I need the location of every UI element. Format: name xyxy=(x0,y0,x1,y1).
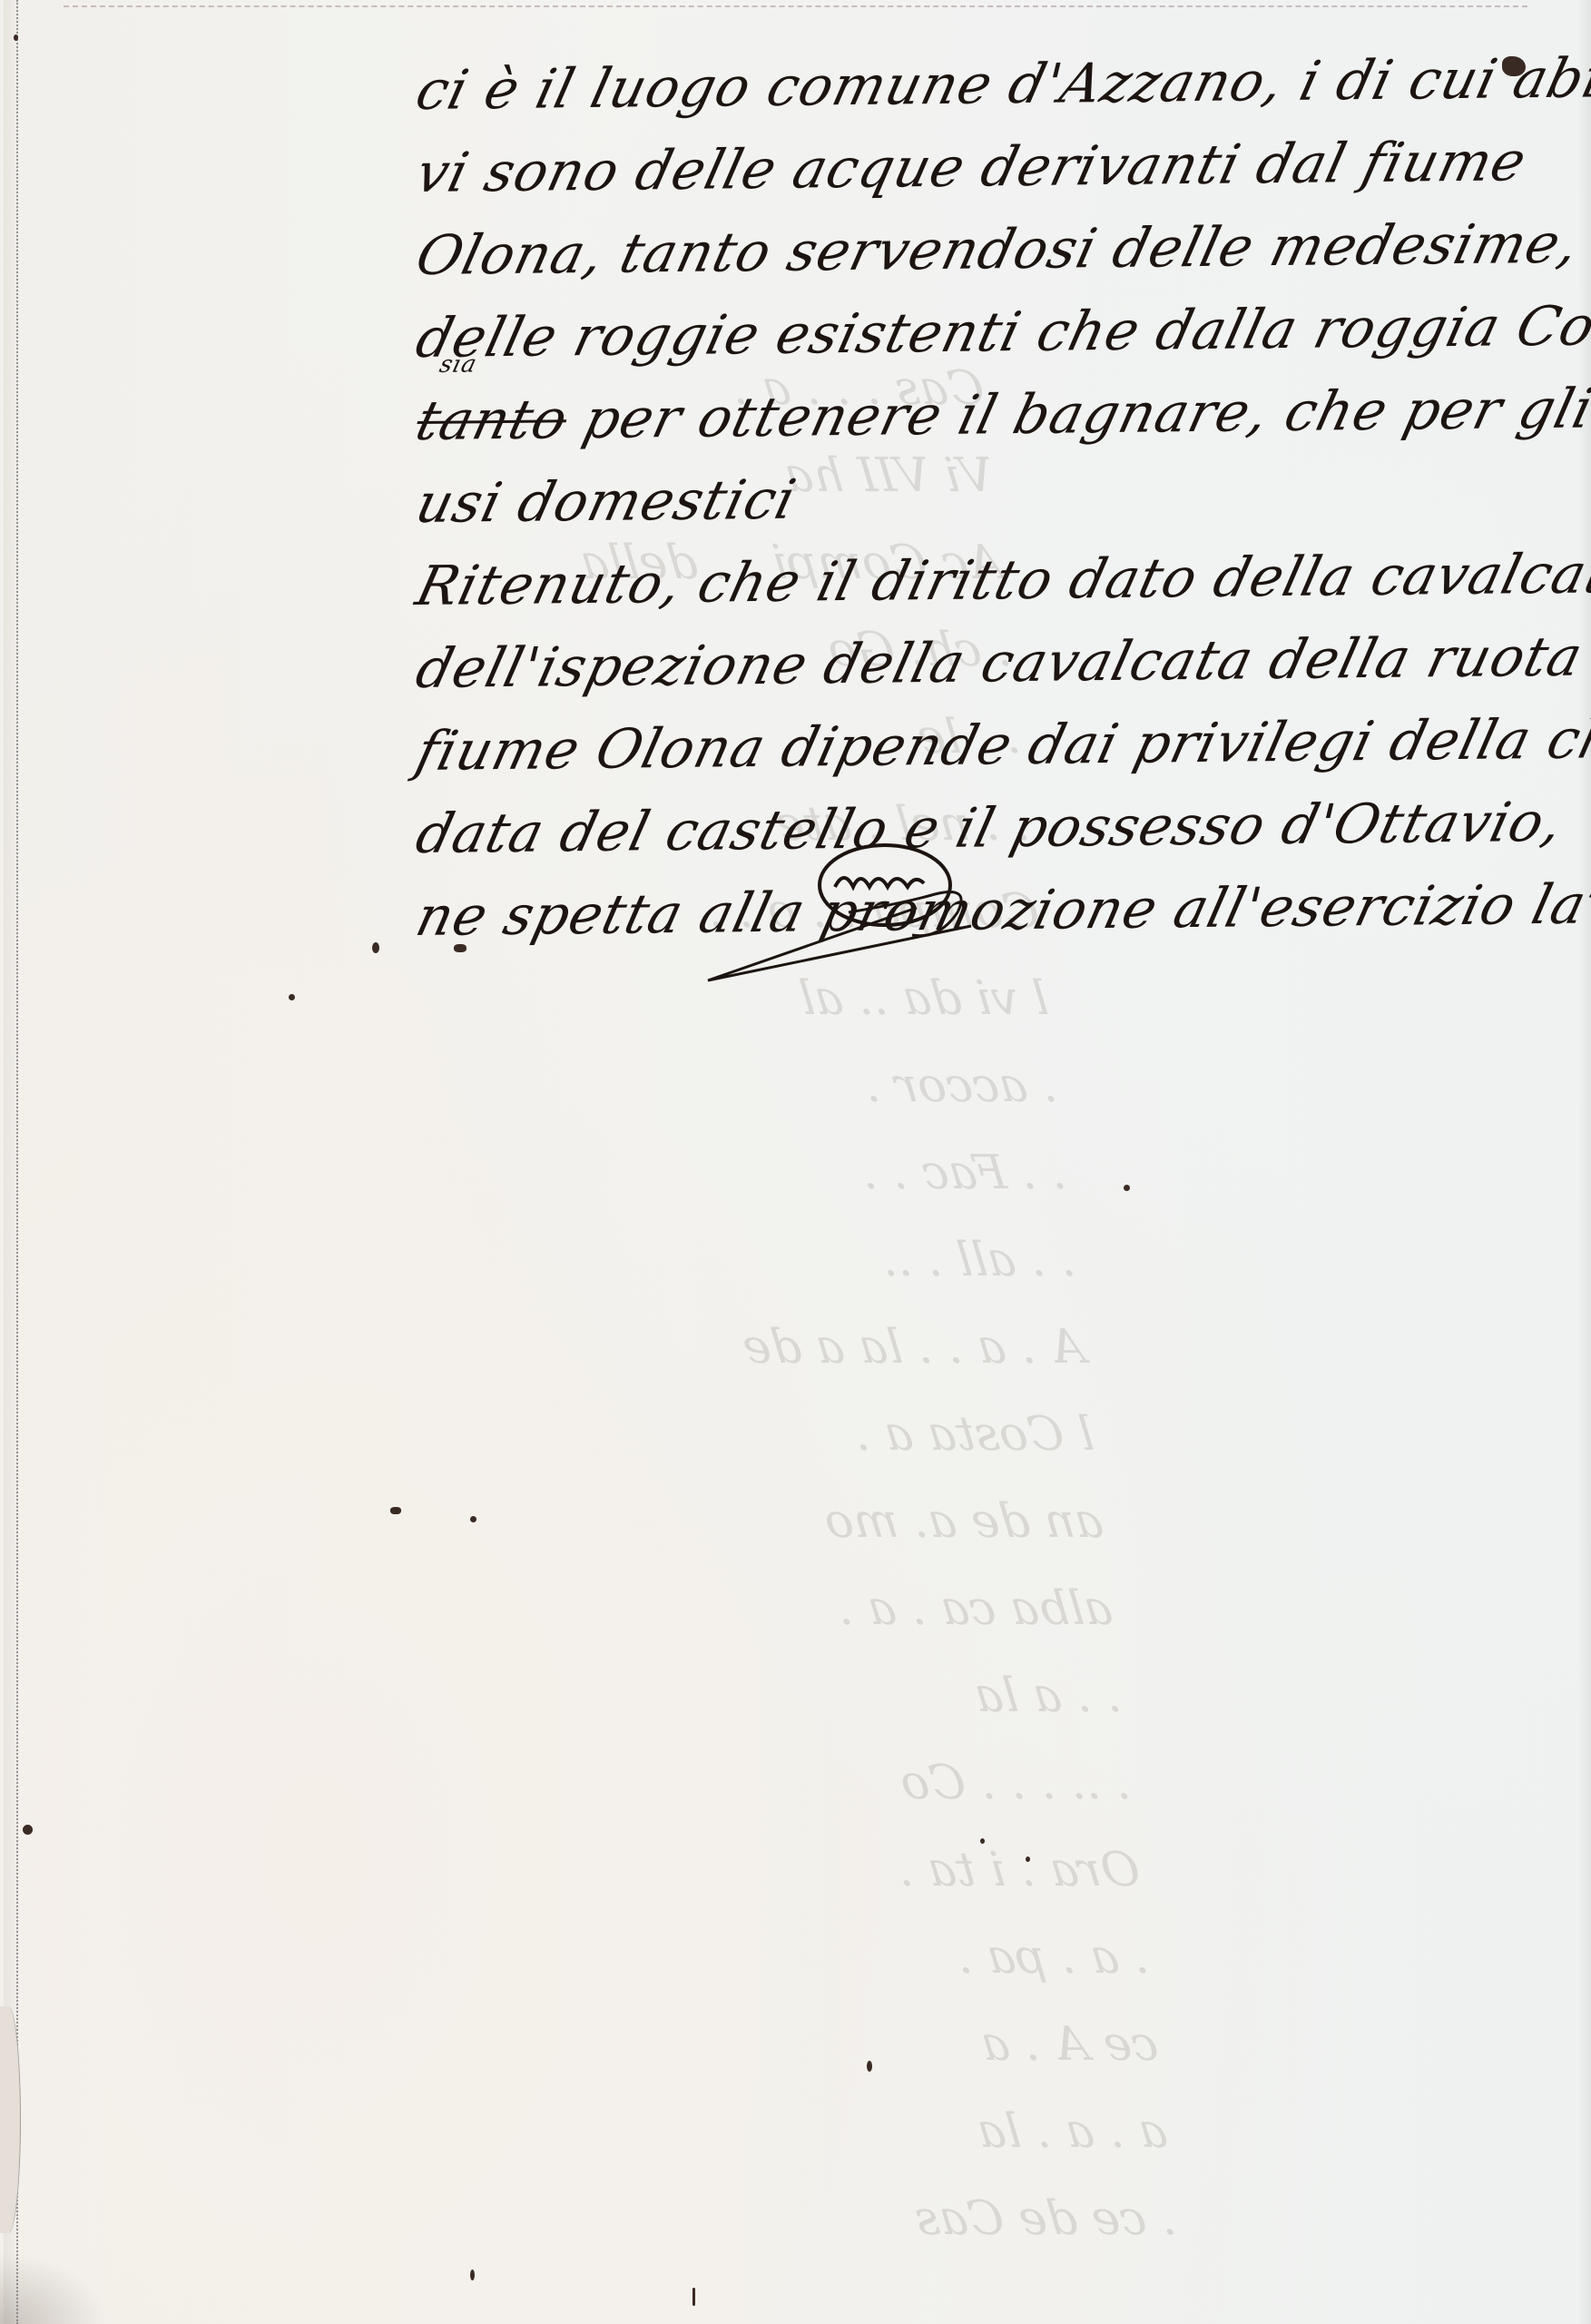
letter-line-9: fiume Olona dipende dai privilegi della … xyxy=(408,699,1556,793)
ink-speck xyxy=(1124,1185,1130,1191)
letter-line-5: sia tanto per ottenere il bagnare, che p… xyxy=(408,369,1556,463)
ink-speck xyxy=(289,994,295,1000)
ink-speck xyxy=(867,2061,872,2072)
letter-line-5-text: per ottenere il bagnare, che per gli xyxy=(577,377,1591,451)
bleed-line: . ce de Cas xyxy=(128,2175,1181,2262)
letter-line-2: vi sono delle acque derivanti dal fiume xyxy=(408,121,1556,215)
signature-paraph xyxy=(699,831,1044,994)
interlinear-insertion: sia xyxy=(437,352,479,376)
bleed-line: . . Fac . . xyxy=(18,1129,1071,1216)
corner-shadow xyxy=(0,2251,109,2324)
ink-speck xyxy=(23,1825,33,1835)
ink-speck xyxy=(980,1838,985,1844)
manuscript-page: Cas . . . a . Vi VII ha Ac Compi . . del… xyxy=(0,0,1591,2324)
struck-word: tanto xyxy=(410,388,575,453)
ink-speck xyxy=(692,2288,695,2306)
bleed-line: . .. . . . Co xyxy=(82,1739,1134,1827)
bleed-line: ce A . a xyxy=(110,2001,1163,2088)
letter-body: ci è il luogo comune d'Azzano, i di cui … xyxy=(417,50,1543,959)
ink-speck xyxy=(470,2270,475,2280)
ink-speck xyxy=(372,942,379,953)
ink-speck xyxy=(1026,1856,1030,1862)
bleed-line: . . all . .. xyxy=(27,1216,1080,1304)
bleed-line: a . a . la xyxy=(119,2088,1172,2175)
letter-line-6: usi domestici xyxy=(408,451,1556,546)
letter-line-4: delle roggie esistenti che dalla roggia … xyxy=(408,286,1556,380)
bleed-line: l Costa a . xyxy=(45,1391,1098,1478)
bleed-line: . a . pa . xyxy=(101,1914,1154,2001)
ink-speck xyxy=(390,1507,401,1514)
ink-speck xyxy=(470,1516,476,1522)
letter-line-8: dell'ispezione della cavalcata della ruo… xyxy=(408,616,1556,711)
bleed-line: . . a la xyxy=(73,1652,1125,1739)
bleed-line: Ora . i ta . xyxy=(92,1827,1144,1914)
signature-flourish-icon xyxy=(699,831,1044,994)
letter-line-7: Ritenuto, che il diritto dato della cava… xyxy=(408,534,1556,628)
torn-top-edge xyxy=(64,5,1527,15)
letter-line-3: Olona, tanto servendosi delle medesime, … xyxy=(408,203,1556,298)
bleed-line: an de a. mo xyxy=(54,1478,1107,1565)
bleed-line: . accor . xyxy=(9,1042,1062,1129)
bleed-line: A . a . . la a de xyxy=(36,1304,1089,1391)
ink-speck xyxy=(14,34,18,41)
bleed-line: alba ca . a . xyxy=(64,1565,1116,1652)
letter-line-1: ci è il luogo comune d'Azzano, i di cui … xyxy=(408,38,1556,133)
